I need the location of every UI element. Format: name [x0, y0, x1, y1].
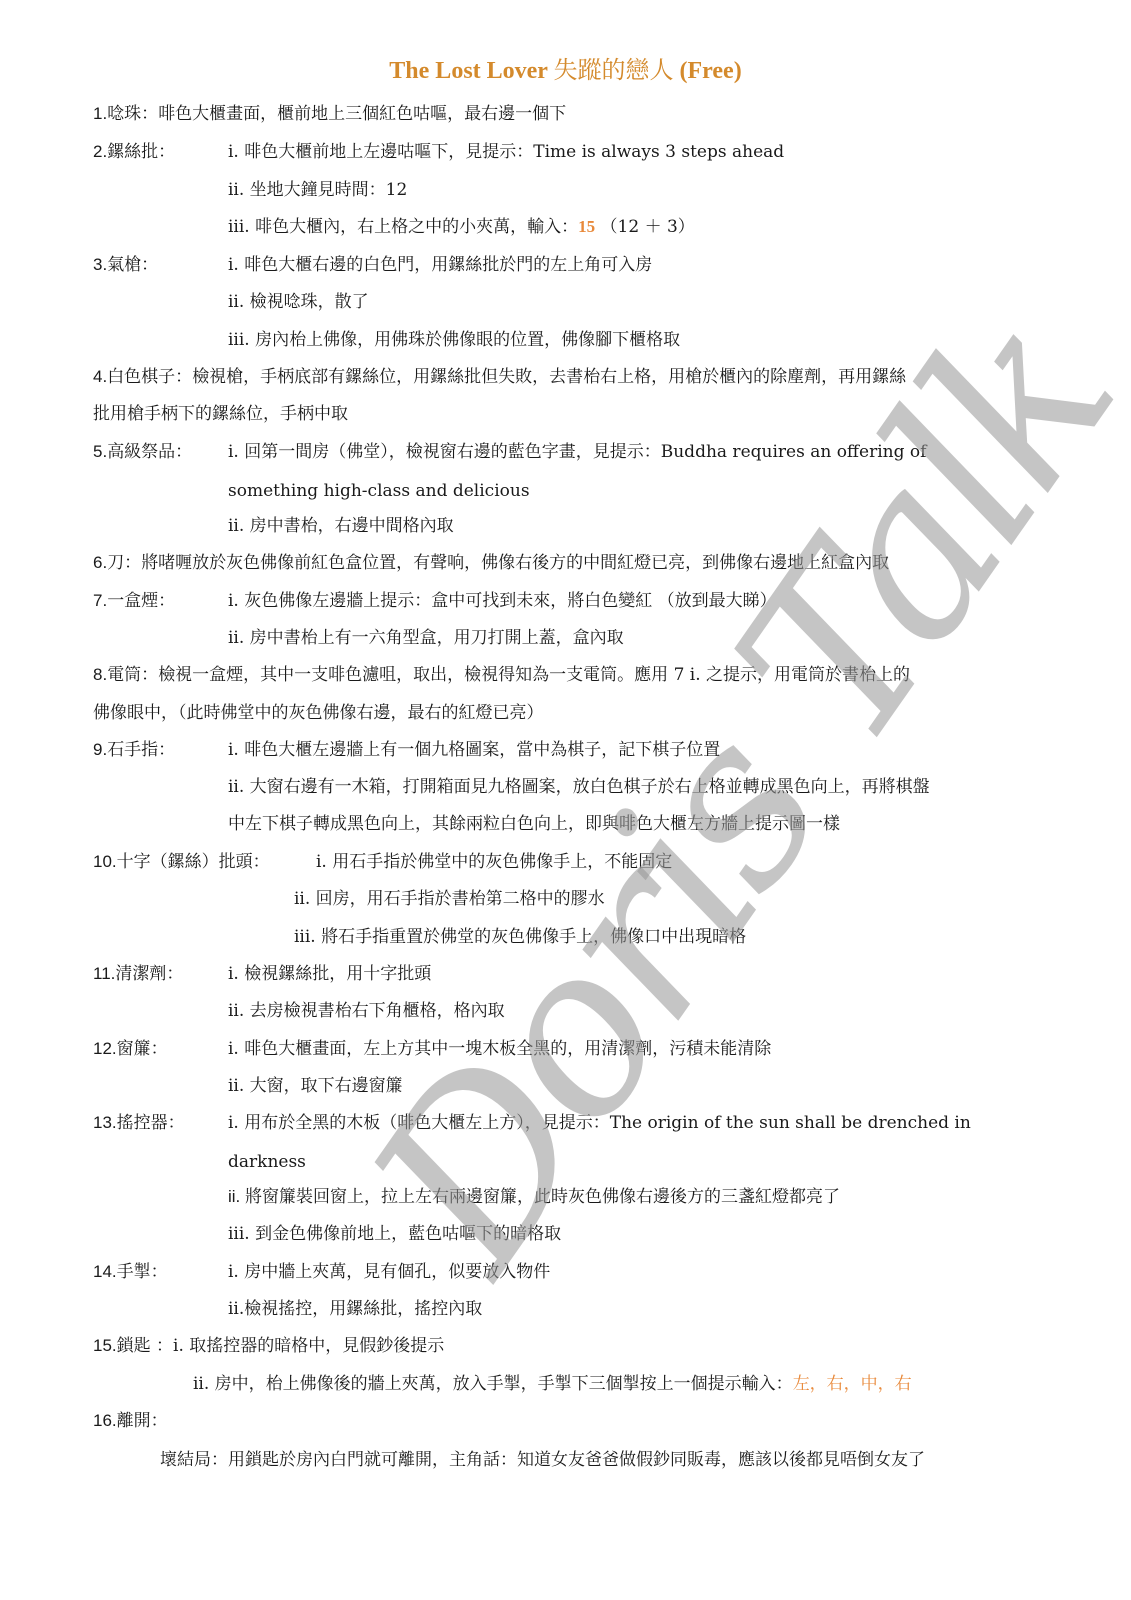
step-6: 6.刀：將啫喱放於灰色佛像前紅色盒位置，有聲响，佛像右後方的中間紅燈已亮，到佛像… — [93, 552, 889, 574]
step-2: 2.鏍絲批： — [93, 141, 175, 163]
step-text: ii. 去房檢視書枱右下角櫃格，格內取 — [228, 1000, 505, 1022]
step-13: 13.搖控器： — [93, 1112, 185, 1134]
step-label: 電筒： — [107, 665, 158, 685]
step-text: i. 回第一間房（佛堂），檢視窗右邊的藍色字畫，見提示：Buddha requi… — [228, 441, 926, 463]
step-label: 十字（鏍絲）批頭： — [117, 852, 270, 872]
step-text: 批用槍手柄下的鏍絲位，手柄中取 — [93, 403, 348, 425]
step-4: 4.白色棋子：檢視槍，手柄底部有鏍絲位，用鏍絲批但失敗，去書枱右上格，用槍於櫃內… — [93, 366, 906, 388]
step-9: 9.石手指： — [93, 739, 175, 761]
step-text: i. 用布於全黑的木板（啡色大櫃左上方），見提示：The origin of t… — [228, 1112, 971, 1134]
step-text: darkness — [228, 1151, 306, 1173]
step-text: ii.檢視搖控，用鏍絲批，搖控內取 — [228, 1298, 482, 1320]
step-text: ii. 大窗右邊有一木箱，打開箱面見九格圖案，放白色棋子於右上格並轉成黑色向上，… — [228, 776, 930, 798]
step-text: i. 灰色佛像左邊牆上提示：盒中可找到未來，將白色變紅 （放到最大睇） — [228, 590, 777, 612]
step-label: 一盒煙： — [107, 591, 175, 611]
step-label: 刀： — [107, 553, 141, 573]
step-text: 中左下棋子轉成黑色向上，其餘兩粒白色向上，即與啡色大櫃左方牆上提示圖一樣 — [228, 813, 840, 835]
step-label: 鏍絲批： — [107, 142, 175, 162]
step-label: 清潔劑： — [115, 964, 183, 984]
step-12: 12.窗簾： — [93, 1038, 168, 1060]
title-zh: 失蹤的戀人 — [554, 56, 674, 84]
step-text: ii. 房中書枱，右邊中間格內取 — [228, 515, 454, 537]
step-text: ii. 檢視唸珠，散了 — [228, 291, 369, 313]
title-suffix: (Free) — [680, 58, 742, 84]
step-text: i. 啡色大櫃右邊的白色門，用鏍絲批於門的左上角可入房 — [228, 254, 652, 276]
step-text: 佛像眼中，（此時佛堂中的灰色佛像右邊，最右的紅燈已亮） — [93, 702, 544, 724]
step-text: ii. 房中書枱上有一六角型盒，用刀打開上蓋，盒內取 — [228, 627, 624, 649]
step-label: 搖控器： — [117, 1113, 185, 1133]
step-text: i. 用石手指於佛堂中的灰色佛像手上，不能固定 — [316, 851, 672, 873]
title-en: The Lost Lover — [389, 58, 547, 84]
step-14: 14.手掣： — [93, 1261, 168, 1283]
step-7: 7.一盒煙： — [93, 590, 175, 612]
step-text: ii. 坐地大鐘見時間：12 — [228, 179, 407, 201]
document-page: The Lost Lover 失蹤的戀人 (Free) 1.唸珠：啡色大櫃畫面，… — [0, 0, 1131, 1600]
step-label: 氣槍： — [107, 255, 158, 275]
step-11: 11.清潔劑： — [93, 963, 183, 985]
step-label: 石手指： — [107, 740, 175, 760]
step-16: 16.離開： — [93, 1410, 168, 1432]
step-text: ii. 大窗，取下右邊窗簾 — [228, 1075, 403, 1097]
step-label: 離開： — [117, 1411, 168, 1431]
step-3: 3.氣槍： — [93, 254, 158, 276]
safe-code: 15 — [578, 217, 595, 236]
button-sequence-code: 左，右，中，右 — [793, 1374, 912, 1394]
step-text: iii. 到金色佛像前地上，藍色咕嘔下的暗格取 — [228, 1223, 561, 1245]
step-1: 1.唸珠：啡色大櫃畫面，櫃前地上三個紅色咕嘔，最右邊一個下 — [93, 103, 566, 125]
ending-text: 壞結局：用鎖匙於房內白門就可離開，主角話：知道女友爸爸做假鈔同販毒，應該以後都見… — [160, 1449, 925, 1471]
step-8: 8.電筒：檢視一盒煙，其中一支啡色濾咀，取出，檢視得知為一支電筒。應用 7 i.… — [93, 664, 910, 686]
step-label: 鎖匙 ： — [117, 1336, 173, 1356]
step-15: 15.鎖匙 ：i. 取搖控器的暗格中，見假鈔後提示 — [93, 1335, 444, 1357]
step-text: i. 啡色大櫃左邊牆上有一個九格圖案，當中為棋子，記下棋子位置 — [228, 739, 720, 761]
step-label: 高級祭品： — [107, 442, 192, 462]
step-text: ii. 將窗簾裝回窗上，拉上左右兩邊窗簾，此時灰色佛像右邊後方的三盞紅燈都亮了 — [228, 1186, 840, 1208]
step-5: 5.高級祭品： — [93, 441, 192, 463]
step-text: iii. 啡色大櫃內，右上格之中的小夾萬，輸入：15 （12 ＋ 3） — [228, 216, 695, 238]
step-text: something high-class and delicious — [228, 480, 530, 502]
page-title: The Lost Lover 失蹤的戀人 (Free) — [0, 50, 1131, 85]
step-text: i. 啡色大櫃前地上左邊咕嘔下，見提示：Time is always 3 ste… — [228, 141, 784, 163]
step-label: 手掣： — [117, 1262, 168, 1282]
step-label: 白色棋子： — [107, 367, 192, 387]
step-text: i. 檢視鏍絲批，用十字批頭 — [228, 963, 431, 985]
step-text: iii. 房內枱上佛像，用佛珠於佛像眼的位置，佛像腳下櫃格取 — [228, 329, 680, 351]
step-label: 唸珠： — [107, 104, 158, 124]
step-text: iii. 將石手指重置於佛堂的灰色佛像手上，佛像口中出現暗格 — [294, 926, 746, 948]
step-text: ii. 回房，用石手指於書枱第二格中的膠水 — [294, 888, 605, 910]
step-label: 窗簾： — [117, 1039, 168, 1059]
step-text: i. 房中牆上夾萬，見有個孔，似要放入物件 — [228, 1261, 550, 1283]
step-text: ii. 房中，枱上佛像後的牆上夾萬，放入手掣，手掣下三個掣按上一個提示輸入：左，… — [193, 1373, 912, 1395]
step-text: 啡色大櫃畫面，櫃前地上三個紅色咕嘔，最右邊一個下 — [158, 104, 566, 124]
step-10: 10.十字（鏍絲）批頭： — [93, 851, 270, 873]
step-text: i. 啡色大櫃畫面，左上方其中一塊木板全黑的，用清潔劑，污積未能清除 — [228, 1038, 771, 1060]
